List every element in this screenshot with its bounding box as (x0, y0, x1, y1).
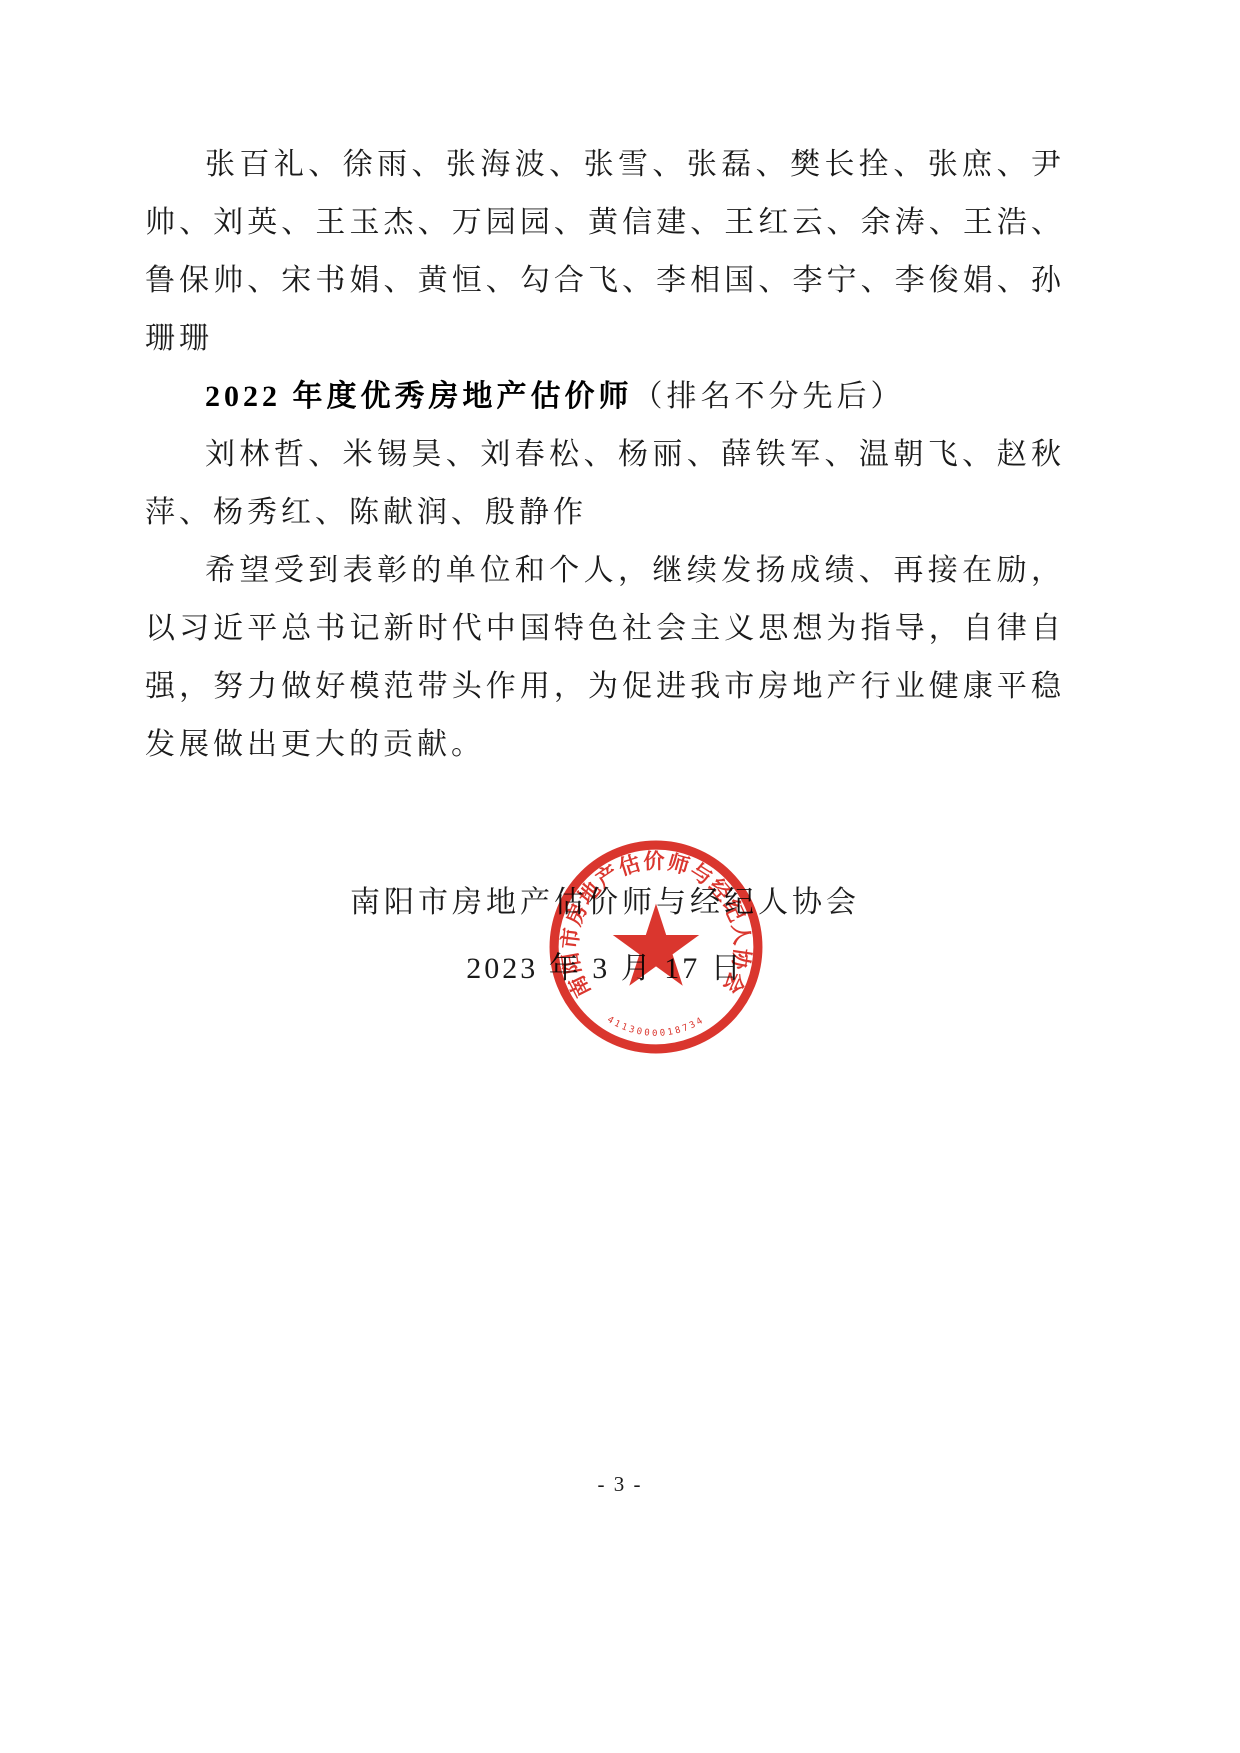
seal-serial-number: 4113000018734 (605, 1015, 706, 1039)
organization-name: 南阳市房地产估价师与经纪人协会 (145, 872, 1065, 934)
signature-block: 南阳市房地产估价师与经纪人协会 2023 年 3 月 17 日 (145, 872, 1065, 1000)
document-page: 张百礼、徐雨、张海波、张雪、张磊、樊长拴、张庶、尹帅、刘英、王玉杰、万园园、黄信… (0, 0, 1240, 1753)
closing-paragraph: 希望受到表彰的单位和个人，继续发扬成绩、再接在励，以习近平总书记新时代中国特色社… (145, 542, 1065, 774)
section-heading-note: （排名不分先后） (633, 380, 905, 413)
names-list-group1: 张百礼、徐雨、张海波、张雪、张磊、樊长拴、张庶、尹帅、刘英、王玉杰、万园园、黄信… (145, 136, 1065, 368)
names-list-group2: 刘林哲、米锡昊、刘春松、杨丽、薛铁军、温朝飞、赵秋萍、杨秀红、陈献润、殷静作 (145, 426, 1065, 542)
page-number: - 3 - (0, 1472, 1240, 1497)
seal-serial-container: 4113000018734 (605, 1015, 706, 1039)
signature-date: 2023 年 3 月 17 日 (145, 938, 1065, 1000)
section-heading: 2022 年度优秀房地产估价师（排名不分先后） (145, 368, 1065, 426)
section-heading-title: 2022 年度优秀房地产估价师 (205, 380, 633, 413)
document-body: 张百礼、徐雨、张海波、张雪、张磊、樊长拴、张庶、尹帅、刘英、王玉杰、万园园、黄信… (0, 0, 1240, 1000)
